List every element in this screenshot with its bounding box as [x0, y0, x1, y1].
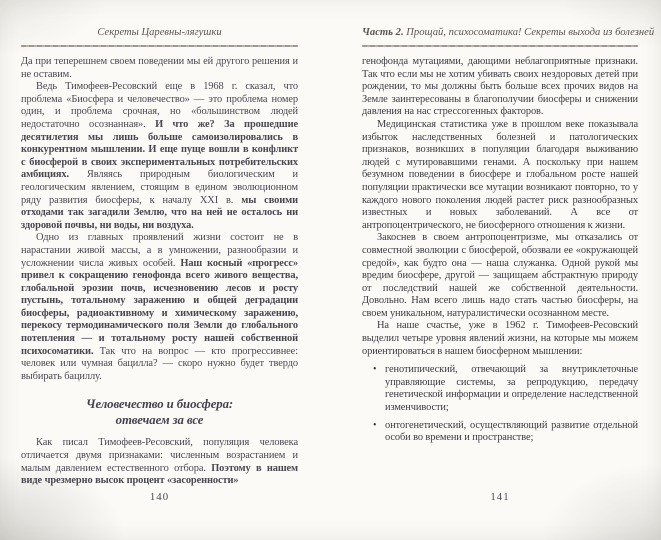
section-heading: Человечество и биосфера: отвечаем за все: [21, 396, 298, 428]
page-left: Секреты Царевны-лягушки Да при теперешне…: [21, 0, 298, 540]
running-head-left-title: Секреты Царевны-лягушки: [97, 27, 221, 38]
section-heading-line1: Человечество и биосфера:: [21, 396, 298, 412]
paragraph: генофонда мутациями, дающими неблагоприя…: [362, 56, 638, 119]
page-body-right: генофонда мутациями, дающими неблагоприя…: [362, 56, 638, 490]
page-right: Часть 2. Прощай, психосоматика! Секреты …: [362, 0, 638, 540]
header-rule-right: [362, 45, 638, 47]
book-spread: Секреты Царевны-лягушки Да при теперешне…: [0, 0, 661, 540]
running-head-right-title: Прощай, психосоматика! Секреты выхода из…: [404, 27, 655, 38]
running-head-left: Секреты Царевны-лягушки: [21, 26, 298, 39]
paragraph: На наше счастье, уже в 1962 г. Тимофеев-…: [362, 320, 638, 358]
bullet-text: генотипический, отвечающий за внутриклет…: [385, 364, 638, 413]
running-head-part-label: Часть 2.: [362, 27, 404, 38]
section-heading-line2: отвечаем за все: [21, 412, 298, 428]
paragraph: Ведь Тимофеев-Ресовский еще в 1968 г. ск…: [21, 81, 298, 232]
running-head-right: Часть 2. Прощай, психосоматика! Секреты …: [362, 26, 638, 39]
paragraph: Медицинская статистика уже в прошлом век…: [362, 119, 638, 232]
paragraph: Закоснев в своем антропоцентризме, мы от…: [362, 232, 638, 320]
header-rule-left: [21, 45, 298, 47]
bullet-item: • онтогенетический, осуществляющий разви…: [373, 420, 638, 445]
paragraph: Одно из главных проявлений жизни состоит…: [21, 232, 298, 383]
bullet-list: • генотипический, отвечающий за внутрикл…: [362, 364, 638, 445]
bullet-text: онтогенетический, осуществляющий развити…: [385, 420, 638, 444]
page-number-right: 141: [362, 491, 638, 503]
page-number-left: 140: [21, 491, 298, 503]
bullet-icon: •: [373, 364, 376, 377]
paragraph: Да при теперешнем своем поведении мы ей …: [21, 56, 298, 81]
paragraph: Как писал Тимофеев-Ресовский, популяция …: [21, 437, 298, 487]
bullet-item: • генотипический, отвечающий за внутрикл…: [373, 364, 638, 414]
page-body-left: Да при теперешнем своем поведении мы ей …: [21, 56, 298, 490]
bullet-icon: •: [373, 420, 376, 433]
text-run-bold: Наш косный «прогресс» привел к сокращени…: [21, 258, 298, 357]
